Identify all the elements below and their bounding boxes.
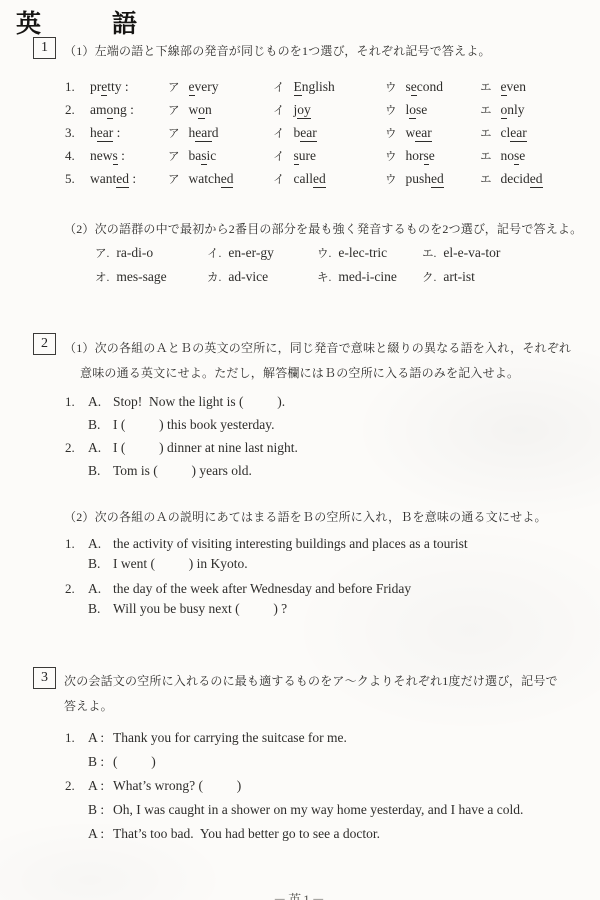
sentence-line: B. Will you be busy next ( ) ? <box>65 601 590 621</box>
line-text: What’s wrong? ( ) <box>113 778 590 794</box>
line-text: ( ) <box>113 754 590 770</box>
option-u: ウlose <box>385 101 480 119</box>
dialogue-line: 2. A : What’s wrong? ( ) <box>65 778 590 802</box>
section-3-instruction-line-2: 答えよ。 <box>64 697 113 714</box>
option-a: アevery <box>168 78 273 96</box>
section-2-part-2-instruction: （2）次の各組のＡの説明にあてはまる語をＢの空所に入れ，Ｂを意味の通る文にせよ。 <box>64 508 547 525</box>
word-group: ア.ra-di-o イ.en-er-gy ウ.e-lec-tric エ.el-e… <box>95 241 585 289</box>
line-text: Will you be busy next ( ) ? <box>113 601 590 617</box>
section-3-instruction-line-1: 次の会話文の空所に入れるのに最も適するものをア～クよりそれぞれ1度だけ選び，記号… <box>64 672 558 689</box>
option-i: イjoy <box>273 101 385 119</box>
sentence-line: 2. A. I ( ) dinner at nine last night. <box>65 440 590 463</box>
word-item: ク.art-ist <box>422 268 585 286</box>
sentence-line: B. I went ( ) in Kyoto. <box>65 556 590 576</box>
pronunciation-table: 1. pretty : アevery イEnglish ウsecond エeve… <box>65 75 585 190</box>
speaker-label: B : <box>88 754 113 770</box>
option-u: ウsecond <box>385 78 480 96</box>
row-number: 4. <box>65 148 90 164</box>
speaker-label: A : <box>88 778 113 794</box>
table-row: 3. hear : アheard イbear ウwear エclear <box>65 121 585 144</box>
speaker-label: A. <box>88 394 113 410</box>
row-number: 5. <box>65 171 90 187</box>
option-u: ウhorse <box>385 147 480 165</box>
section-2-part-1-instruction-line-2: 意味の通る英文にせよ。ただし，解答欄にはＢの空所に入る語のみを記入せよ。 <box>80 364 519 381</box>
option-e: エclear <box>480 124 585 142</box>
speaker-label: B : <box>88 802 113 818</box>
speaker-label: B. <box>88 601 113 617</box>
line-number: 2. <box>65 440 88 456</box>
option-e: エdecided <box>480 170 585 188</box>
page-title: 英 語 <box>16 4 160 40</box>
word-item: ア.ra-di-o <box>95 244 207 262</box>
speaker-label: B. <box>88 463 113 479</box>
row-number: 1. <box>65 79 90 95</box>
headword: pretty : <box>90 79 168 95</box>
section-1-number-box: 1 <box>33 37 56 59</box>
row-number: 3. <box>65 125 90 141</box>
speaker-label: A. <box>88 440 113 456</box>
line-text: Tom is ( ) years old. <box>113 463 590 479</box>
option-e: エnose <box>480 147 585 165</box>
word-item: オ.mes-sage <box>95 268 207 286</box>
table-row: 1. pretty : アevery イEnglish ウsecond エeve… <box>65 75 585 98</box>
section-2-part-1-instruction-line-1: （1）次の各組のＡとＢの英文の空所に，同じ発音で意味と綴りの異なる語を入れ，それ… <box>64 339 571 356</box>
speaker-label: A : <box>88 730 113 746</box>
dialogue-line: A : That’s too bad. You had better go to… <box>65 826 590 850</box>
table-row: 5. wanted : アwatched イcalled ウpushed エde… <box>65 167 585 190</box>
line-number: 2. <box>65 778 88 794</box>
sentence-line: 1. A. Stop! Now the light is ( ). <box>65 394 590 417</box>
dialogue-line: B : Oh, I was caught in a shower on my w… <box>65 802 590 826</box>
headword: news : <box>90 148 168 164</box>
definition-sentences: 1. A. the activity of visiting interesti… <box>65 536 590 621</box>
option-e: エeven <box>480 78 585 96</box>
line-text: Thank you for carrying the suitcase for … <box>113 730 590 746</box>
section-1-part-2-instruction: （2）次の語群の中で最初から2番目の部分を最も強く発音するものを2つ選び，記号で… <box>64 220 582 237</box>
option-i: イbear <box>273 124 385 142</box>
speaker-label: B. <box>88 417 113 433</box>
section-2-number-box: 2 <box>33 333 56 355</box>
line-number: 1. <box>65 394 88 410</box>
line-number: 1. <box>65 536 88 552</box>
word-group-row: オ.mes-sage カ.ad-vice キ.med-i-cine ク.art-… <box>95 265 585 289</box>
sentence-line: 2. A. the day of the week after Wednesda… <box>65 581 590 601</box>
headword: hear : <box>90 125 168 141</box>
dialogue-lines: 1. A : Thank you for carrying the suitca… <box>65 730 590 850</box>
word-item: エ.el-e-va-tor <box>422 244 585 262</box>
line-number: 2. <box>65 581 88 597</box>
speaker-label: B. <box>88 556 113 572</box>
word-item: ウ.e-lec-tric <box>317 244 422 262</box>
line-text: That’s too bad. You had better go to see… <box>113 826 590 842</box>
row-number: 2. <box>65 102 90 118</box>
line-text: Stop! Now the light is ( ). <box>113 394 590 410</box>
option-u: ウwear <box>385 124 480 142</box>
line-text: Oh, I was caught in a shower on my way h… <box>113 802 590 818</box>
line-text: I ( ) dinner at nine last night. <box>113 440 590 456</box>
word-item: キ.med-i-cine <box>317 268 422 286</box>
option-a: アwatched <box>168 170 273 188</box>
option-i: イcalled <box>273 170 385 188</box>
line-number: 1. <box>65 730 88 746</box>
table-row: 2. among : アwon イjoy ウlose エonly <box>65 98 585 121</box>
word-item: カ.ad-vice <box>207 268 317 286</box>
section-3-number-box: 3 <box>33 667 56 689</box>
dialogue-line: 1. A : Thank you for carrying the suitca… <box>65 730 590 754</box>
word-item: イ.en-er-gy <box>207 244 317 262</box>
line-text: the activity of visiting interesting bui… <box>113 536 590 552</box>
headword: wanted : <box>90 171 168 187</box>
speaker-label: A. <box>88 536 113 552</box>
option-e: エonly <box>480 101 585 119</box>
sentence-line: 1. A. the activity of visiting interesti… <box>65 536 590 556</box>
speaker-label: A. <box>88 581 113 597</box>
homophone-sentences: 1. A. Stop! Now the light is ( ). B. I (… <box>65 394 590 486</box>
line-text: I ( ) this book yesterday. <box>113 417 590 433</box>
table-row: 4. news : アbasic イsure ウhorse エnose <box>65 144 585 167</box>
option-a: アwon <box>168 101 273 119</box>
speaker-label: A : <box>88 826 113 842</box>
dialogue-line: B : ( ) <box>65 754 590 778</box>
option-u: ウpushed <box>385 170 480 188</box>
headword: among : <box>90 102 168 118</box>
line-text: the day of the week after Wednesday and … <box>113 581 590 597</box>
exam-page: 英 語 1 （1）左端の語と下線部の発音が同じものを1つ選び，それぞれ記号で答え… <box>0 0 600 900</box>
option-i: イEnglish <box>273 78 385 96</box>
section-1-part-1-instruction: （1）左端の語と下線部の発音が同じものを1つ選び，それぞれ記号で答えよ。 <box>64 42 491 59</box>
word-group-row: ア.ra-di-o イ.en-er-gy ウ.e-lec-tric エ.el-e… <box>95 241 585 265</box>
sentence-line: B. I ( ) this book yesterday. <box>65 417 590 440</box>
option-a: アheard <box>168 124 273 142</box>
line-text: I went ( ) in Kyoto. <box>113 556 590 572</box>
sentence-line: B. Tom is ( ) years old. <box>65 463 590 486</box>
page-number: －英1－ <box>0 889 600 900</box>
option-i: イsure <box>273 147 385 165</box>
option-a: アbasic <box>168 147 273 165</box>
